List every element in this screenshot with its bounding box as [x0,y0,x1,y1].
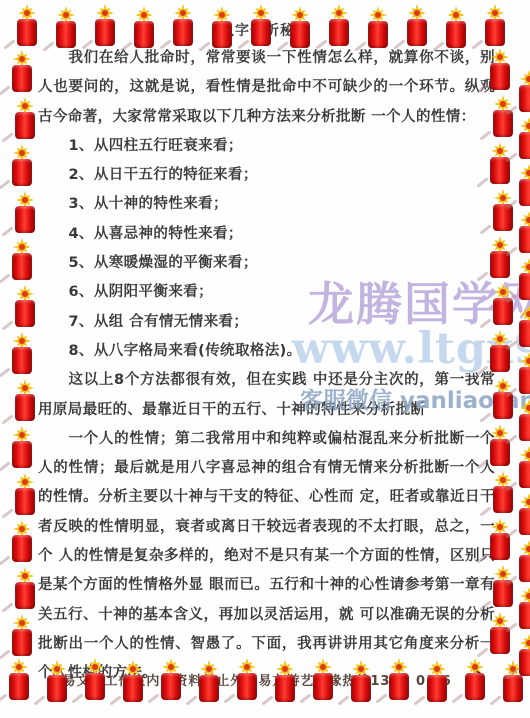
paragraph-intro: 我们在给人批命时，常常要谈一下性情怎么样，就算你不谈，别人也要问的，这就是说，看… [38,44,495,132]
firecracker-icon [9,520,35,566]
firecracker-icon [516,70,530,116]
firecracker-icon [12,473,38,519]
firecracker-icon [490,95,516,141]
firecracker-icon [487,236,513,282]
firecracker-icon [9,144,35,190]
firecracker-icon [516,446,530,492]
firecracker-icon [9,332,35,378]
firecracker-icon [482,4,508,50]
firecracker-icon [516,493,530,539]
firecracker-icon [487,612,513,658]
firecracker-icon [12,567,38,613]
paragraph-practice: 这以上8个方法都很有效，但在实践 中还是分主次的，第一我常用原局最旺的、最靠近日… [38,366,495,425]
firecracker-icon [44,660,70,706]
firecracker-icon [516,540,530,586]
firecracker-icon [365,6,391,52]
method-item: 4、从喜忌神的特性来看； [38,220,495,249]
method-item: 8、从八字格局来看(传统取格法)。 [38,337,495,366]
firecracker-icon [516,211,530,257]
body-text: 我们在给人批命时，常常要谈一下性情怎么样，就算你不谈，别人也要问的，这就是说，看… [38,44,495,689]
firecracker-icon [287,6,313,52]
firecracker-icon [9,426,35,472]
firecracker-icon [348,660,374,706]
firecracker-icon [158,658,184,704]
firecracker-icon [120,660,146,706]
firecracker-icon [248,4,274,50]
firecracker-icon [487,518,513,564]
firecracker-icon [462,658,488,704]
paragraph-analysis: 一个人的性情；第二我常用中和纯粹或偏枯混乱来分析批断一个人的性情；最后就是用八字… [38,425,495,689]
firecracker-icon [9,50,35,96]
method-item: 6、从阴阳平衡来看； [38,278,495,307]
firecracker-icon [53,6,79,52]
firecracker-icon [490,471,516,517]
firecracker-icon [9,238,35,284]
firecracker-icon [209,6,235,52]
firecracker-icon [516,164,530,210]
firecracker-icon [424,660,450,706]
firecracker-icon [516,305,530,351]
method-item: 5、从寒暖燥湿的平衡来看； [38,249,495,278]
firecracker-icon [487,330,513,376]
firecracker-icon [12,97,38,143]
firecracker-icon [516,117,530,163]
firecracker-icon [487,142,513,188]
firecracker-icon [82,658,108,704]
firecracker-icon [516,352,530,398]
firecracker-icon [131,6,157,52]
firecracker-icon [490,189,516,235]
firecracker-icon [386,658,412,704]
firecracker-icon [92,4,118,50]
firecracker-icon [487,48,513,94]
method-item: 2、从日干五行的特征来看； [38,161,495,190]
firecracker-icon [14,4,40,50]
firecracker-icon [516,587,530,633]
firecracker-icon [443,6,469,52]
firecracker-icon [196,660,222,706]
method-item: 3、从十神的特性来看； [38,190,495,219]
firecracker-icon [12,379,38,425]
firecracker-icon [516,399,530,445]
document-page: 八字分析秘笈 我们在给人批命时，常常要谈一下性情怎么样，就算你不谈，别人也要问的… [0,0,530,718]
firecracker-icon [404,4,430,50]
method-item: 7、从组 合有情无情来看； [38,308,495,337]
firecracker-icon [6,658,32,704]
firecracker-icon [490,283,516,329]
firecracker-icon [12,285,38,331]
firecracker-icon [516,258,530,304]
firecracker-icon [234,658,260,704]
firecracker-icon [516,634,530,680]
firecracker-icon [487,424,513,470]
firecracker-icon [490,377,516,423]
firecracker-icon [9,614,35,660]
firecracker-icon [326,4,352,50]
method-item: 1、从四柱五行旺衰来看； [38,132,495,161]
firecracker-icon [490,565,516,611]
firecracker-icon [170,4,196,50]
firecracker-icon [272,660,298,706]
firecracker-icon [310,658,336,704]
firecracker-icon [12,191,38,237]
